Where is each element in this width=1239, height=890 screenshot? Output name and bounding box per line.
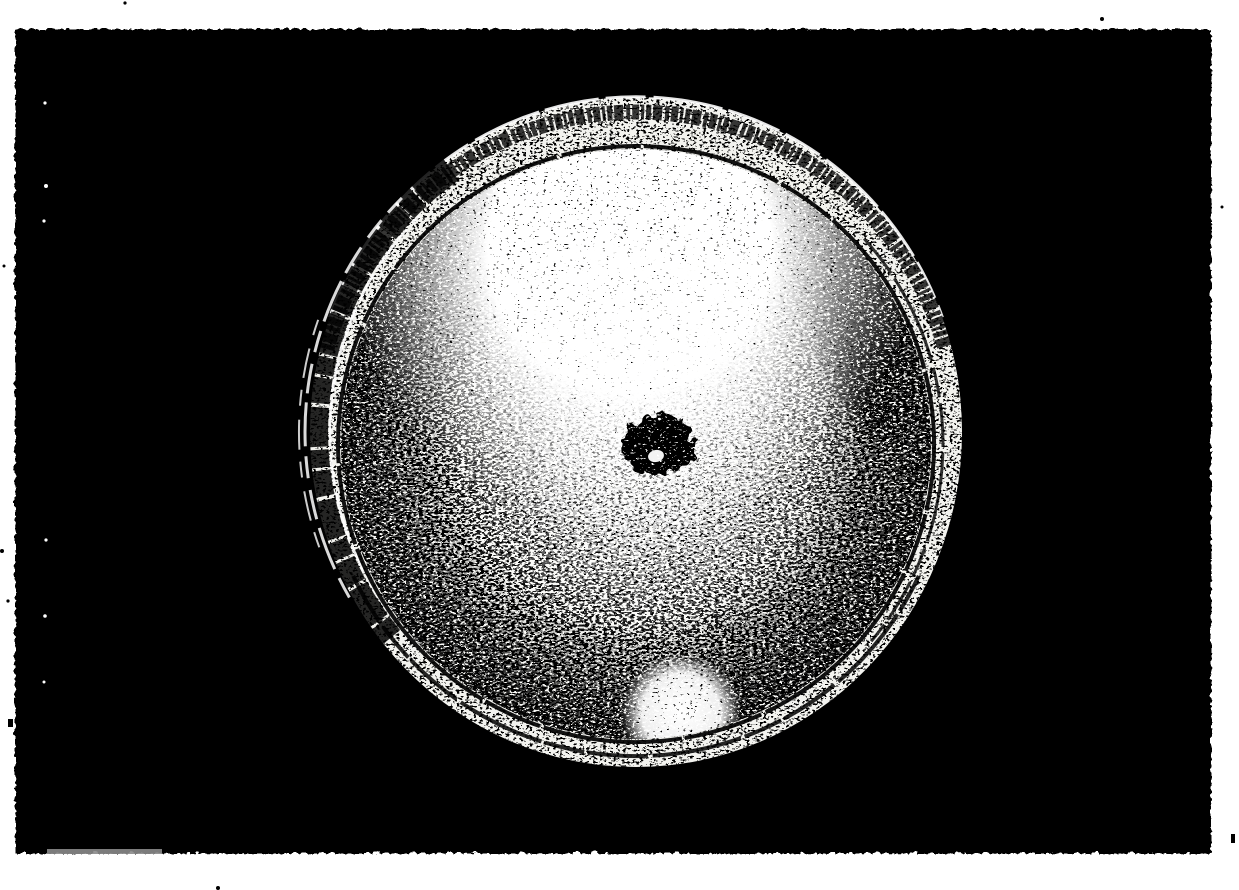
edge-speck: [42, 219, 45, 222]
margin-speck: [1221, 206, 1224, 209]
margin-speck: [6, 599, 9, 602]
frame-bottom-streak: [47, 849, 162, 854]
edge-speck: [43, 101, 46, 104]
margin-speck: [0, 549, 4, 553]
margin-speck: [1231, 834, 1235, 843]
patent-figure-page: [0, 0, 1239, 890]
figure-photo: [0, 0, 1239, 890]
colony: [623, 415, 693, 475]
margin-speck: [8, 719, 13, 727]
colony-blob: [623, 415, 693, 475]
edge-speck: [43, 681, 46, 684]
edge-speck: [44, 538, 47, 541]
margin-speck: [3, 265, 6, 268]
edge-speck: [43, 614, 47, 618]
margin-speck: [216, 886, 220, 890]
edge-speck: [44, 184, 48, 188]
margin-speck: [1100, 17, 1104, 21]
margin-speck: [123, 1, 126, 4]
